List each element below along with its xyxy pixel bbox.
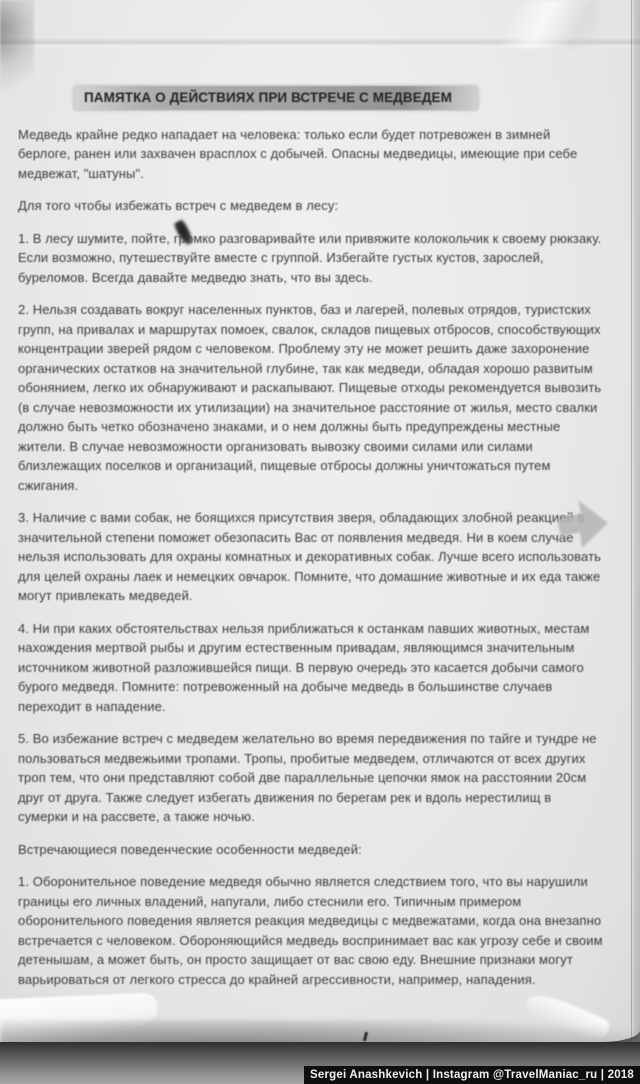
behavior-item-1: 1. Оборонительное поведение медведя обыч… [18, 872, 604, 989]
tip-5: 5. Во избежание встреч с медведем желате… [18, 729, 604, 827]
watermark-text: Sergei Anashkevich | Instagram @TravelMa… [310, 1069, 634, 1081]
tip-4: 4. Ни при каких обстоятельствах нельзя п… [18, 619, 604, 717]
title-row: ПАМЯТКА О ДЕЙСТВИЯХ ПРИ ВСТРЕЧЕ С МЕДВЕД… [18, 86, 604, 110]
memo-content: ПАМЯТКА О ДЕЙСТВИЯХ ПРИ ВСТРЕЧЕ С МЕДВЕД… [18, 86, 604, 1002]
intro-paragraph: Медведь крайне редко нападает на человек… [18, 125, 604, 184]
behavior-heading: Встречающиеся поведенческие особенности … [18, 840, 604, 860]
tip-3: 3. Наличие с вами собак, не боящихся при… [18, 508, 604, 606]
paper-right-edge [631, 0, 640, 1042]
tape-piece-left [0, 992, 159, 1043]
lead-in-line: Для того чтобы избежать встреч с медведе… [18, 196, 604, 216]
paper-fold [470, 0, 600, 48]
watermark: Sergei Anashkevich | Instagram @TravelMa… [304, 1066, 640, 1084]
paper-sheet: ПАМЯТКА О ДЕЙСТВИЯХ ПРИ ВСТРЕЧЕ С МЕДВЕД… [0, 0, 640, 1042]
photo-of-bear-memo: ПАМЯТКА О ДЕЙСТВИЯХ ПРИ ВСТРЕЧЕ С МЕДВЕД… [0, 0, 640, 1084]
dust-speck [363, 1032, 368, 1041]
tip-1: 1. В лесу шумите, пойте, громко разговар… [18, 229, 604, 288]
tip-2: 2. Нельзя создавать вокруг населенных пу… [18, 300, 604, 495]
next-arrow-icon [554, 496, 612, 552]
memo-title: ПАМЯТКА О ДЕЙСТВИЯХ ПРИ ВСТРЕЧЕ С МЕДВЕД… [74, 86, 478, 110]
